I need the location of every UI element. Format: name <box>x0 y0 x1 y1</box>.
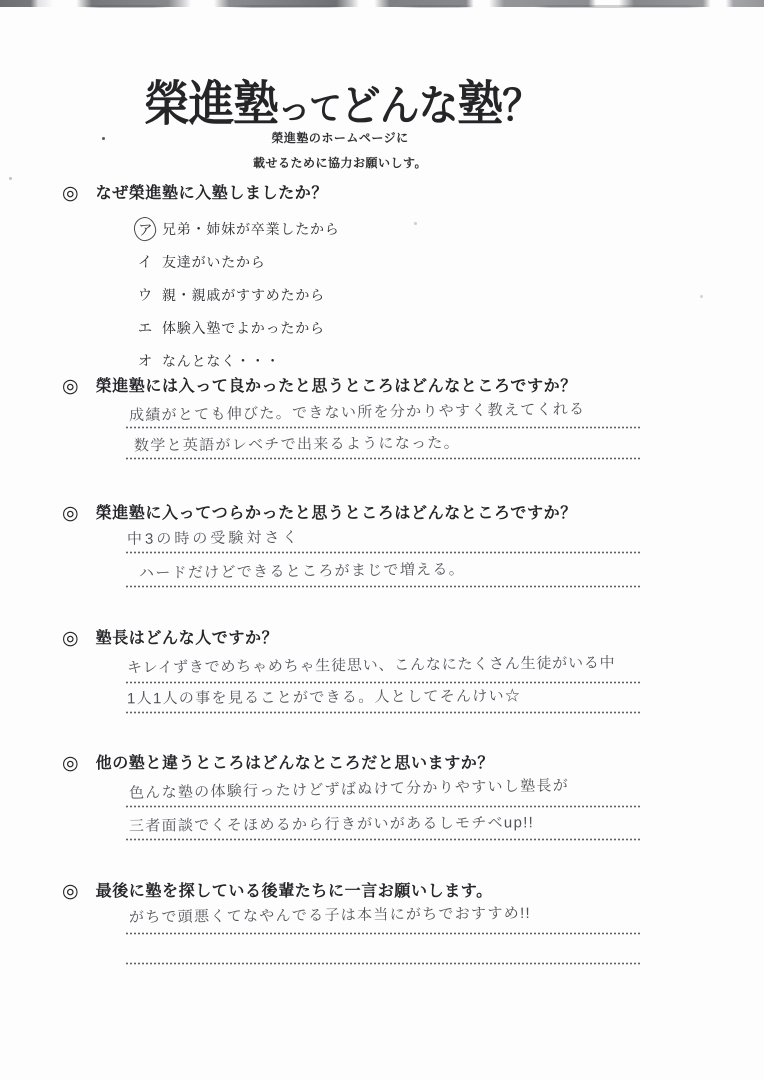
page-title: 榮進塾ってどんな塾？ <box>144 79 541 132</box>
double-circle-bullet: ◎ <box>62 629 79 649</box>
option-row-u: ウ 親・親戚がすすめたから <box>128 278 340 311</box>
option-text: 友達がいたから <box>162 252 266 272</box>
question-4-text: 塾長はどんな人ですか？ <box>96 629 279 649</box>
question-5-text: 他の塾と違うところはどんなところだと思いますか？ <box>96 754 494 774</box>
option-row-i: イ 友達がいたから <box>128 245 340 278</box>
question-2-text: 榮進塾には入って良かったと思うところはどんなところですか？ <box>96 377 577 397</box>
option-text: 兄弟・姉妹が卒業したから <box>162 219 340 239</box>
answer-dotted-line <box>125 932 642 935</box>
handwritten-answer: がちで頭悪くてなやんでる子は本当にがちでおすすめ!! <box>129 905 531 927</box>
double-circle-bullet: ◎ <box>62 504 79 524</box>
scan-speck <box>102 137 105 140</box>
double-circle-bullet: ◎ <box>62 754 79 774</box>
question-1-text: なぜ榮進塾に入塾しましたか？ <box>96 184 328 204</box>
option-row-a: ア 兄弟・姉妹が卒業したから <box>128 212 340 245</box>
option-letter: イ <box>128 251 162 272</box>
answer-dotted-line <box>125 805 642 808</box>
subtitle-line-2: 載せるために協力お願いしす。 <box>180 151 500 176</box>
option-text: 親・親戚がすすめたから <box>162 285 325 305</box>
answer-dotted-line <box>125 585 642 588</box>
question-3: ◎ 榮進塾に入ってつらかったと思うところはどんなところですか？ <box>62 504 577 524</box>
question-3-text: 榮進塾に入ってつらかったと思うところはどんなところですか？ <box>96 504 577 524</box>
handwritten-answer: ハードだけどできるところがまじで増える。 <box>139 561 465 583</box>
scan-speck <box>414 222 417 225</box>
title-question-mark: ？ <box>502 82 541 129</box>
question-5: ◎ 他の塾と違うところはどんなところだと思いますか？ <box>62 754 494 774</box>
option-text: なんとなく・・・ <box>162 351 280 371</box>
handwritten-answer: 三者面談でくそほめるから行きがいがあるしモチベup!! <box>129 814 534 836</box>
option-letter: オ <box>128 350 162 371</box>
answer-dotted-line <box>125 711 642 714</box>
scan-speck <box>700 295 703 298</box>
handwritten-answer: 1人1人の事を見ることができる。人としてそんけい☆ <box>127 688 521 709</box>
hand-drawn-circle: ア <box>132 215 157 242</box>
option-letter: ウ <box>128 284 162 305</box>
question-2: ◎ 榮進塾には入って良かったと思うところはどんなところですか？ <box>62 377 577 397</box>
title-part-middle: どんな <box>341 82 458 129</box>
option-letter-circled: ア <box>128 217 162 241</box>
option-text: 体験入塾でよかったから <box>162 318 325 338</box>
answer-dotted-line <box>125 426 642 429</box>
question-1-options: ア 兄弟・姉妹が卒業したから イ 友達がいたから ウ 親・親戚がすすめたから エ… <box>128 212 340 377</box>
double-circle-bullet: ◎ <box>62 882 79 902</box>
question-6: ◎ 最後に塾を探している後輩たちに一言お願いします。 <box>62 882 493 902</box>
handwritten-answer: 数学と英語がレベチで出来るようになった。 <box>134 435 460 456</box>
question-4: ◎ 塾長はどんな人ですか？ <box>62 629 278 649</box>
title-part-main: 榮進塾 <box>144 78 278 131</box>
answer-dotted-line-empty <box>125 962 642 965</box>
question-6-text: 最後に塾を探している後輩たちに一言お願いします。 <box>96 882 493 902</box>
title-part-particle: って <box>278 90 341 128</box>
option-row-e: エ 体験入塾でよかったから <box>128 311 340 344</box>
question-1: ◎ なぜ榮進塾に入塾しましたか？ <box>62 184 328 204</box>
answer-dotted-line <box>125 838 642 841</box>
double-circle-bullet: ◎ <box>62 184 79 204</box>
option-letter: エ <box>128 317 162 338</box>
answer-dotted-line <box>125 551 642 554</box>
handwritten-answer: 成績がとても伸びた。できない所を分かりやすく教えてくれる <box>129 401 586 425</box>
scan-speck <box>9 177 12 180</box>
handwritten-answer: 中3の時の受験対さく <box>127 529 301 549</box>
title-part-last: 塾 <box>458 78 503 131</box>
option-letter: ア <box>138 218 153 239</box>
option-row-o: オ なんとなく・・・ <box>128 344 340 377</box>
answer-dotted-line <box>125 457 642 460</box>
double-circle-bullet: ◎ <box>62 377 79 397</box>
scan-artifact-band-secondary <box>0 5 764 8</box>
scanned-questionnaire-page: 榮進塾ってどんな塾？ 榮進塾のホームページに 載せるために協力お願いしす。 ◎ … <box>0 0 764 1080</box>
handwritten-answer: 色んな塾の体験行ったけどずばぬけて分かりやすいし塾長が <box>129 777 569 803</box>
handwritten-answer: キレイずきでめちゃめちゃ生徒思い、こんなにたくさん生徒がいる中 <box>127 654 616 677</box>
subtitle-line-1: 榮進塾のホームページに <box>180 126 500 151</box>
answer-dotted-line <box>125 681 642 684</box>
subtitle: 榮進塾のホームページに 載せるために協力お願いしす。 <box>180 126 500 176</box>
